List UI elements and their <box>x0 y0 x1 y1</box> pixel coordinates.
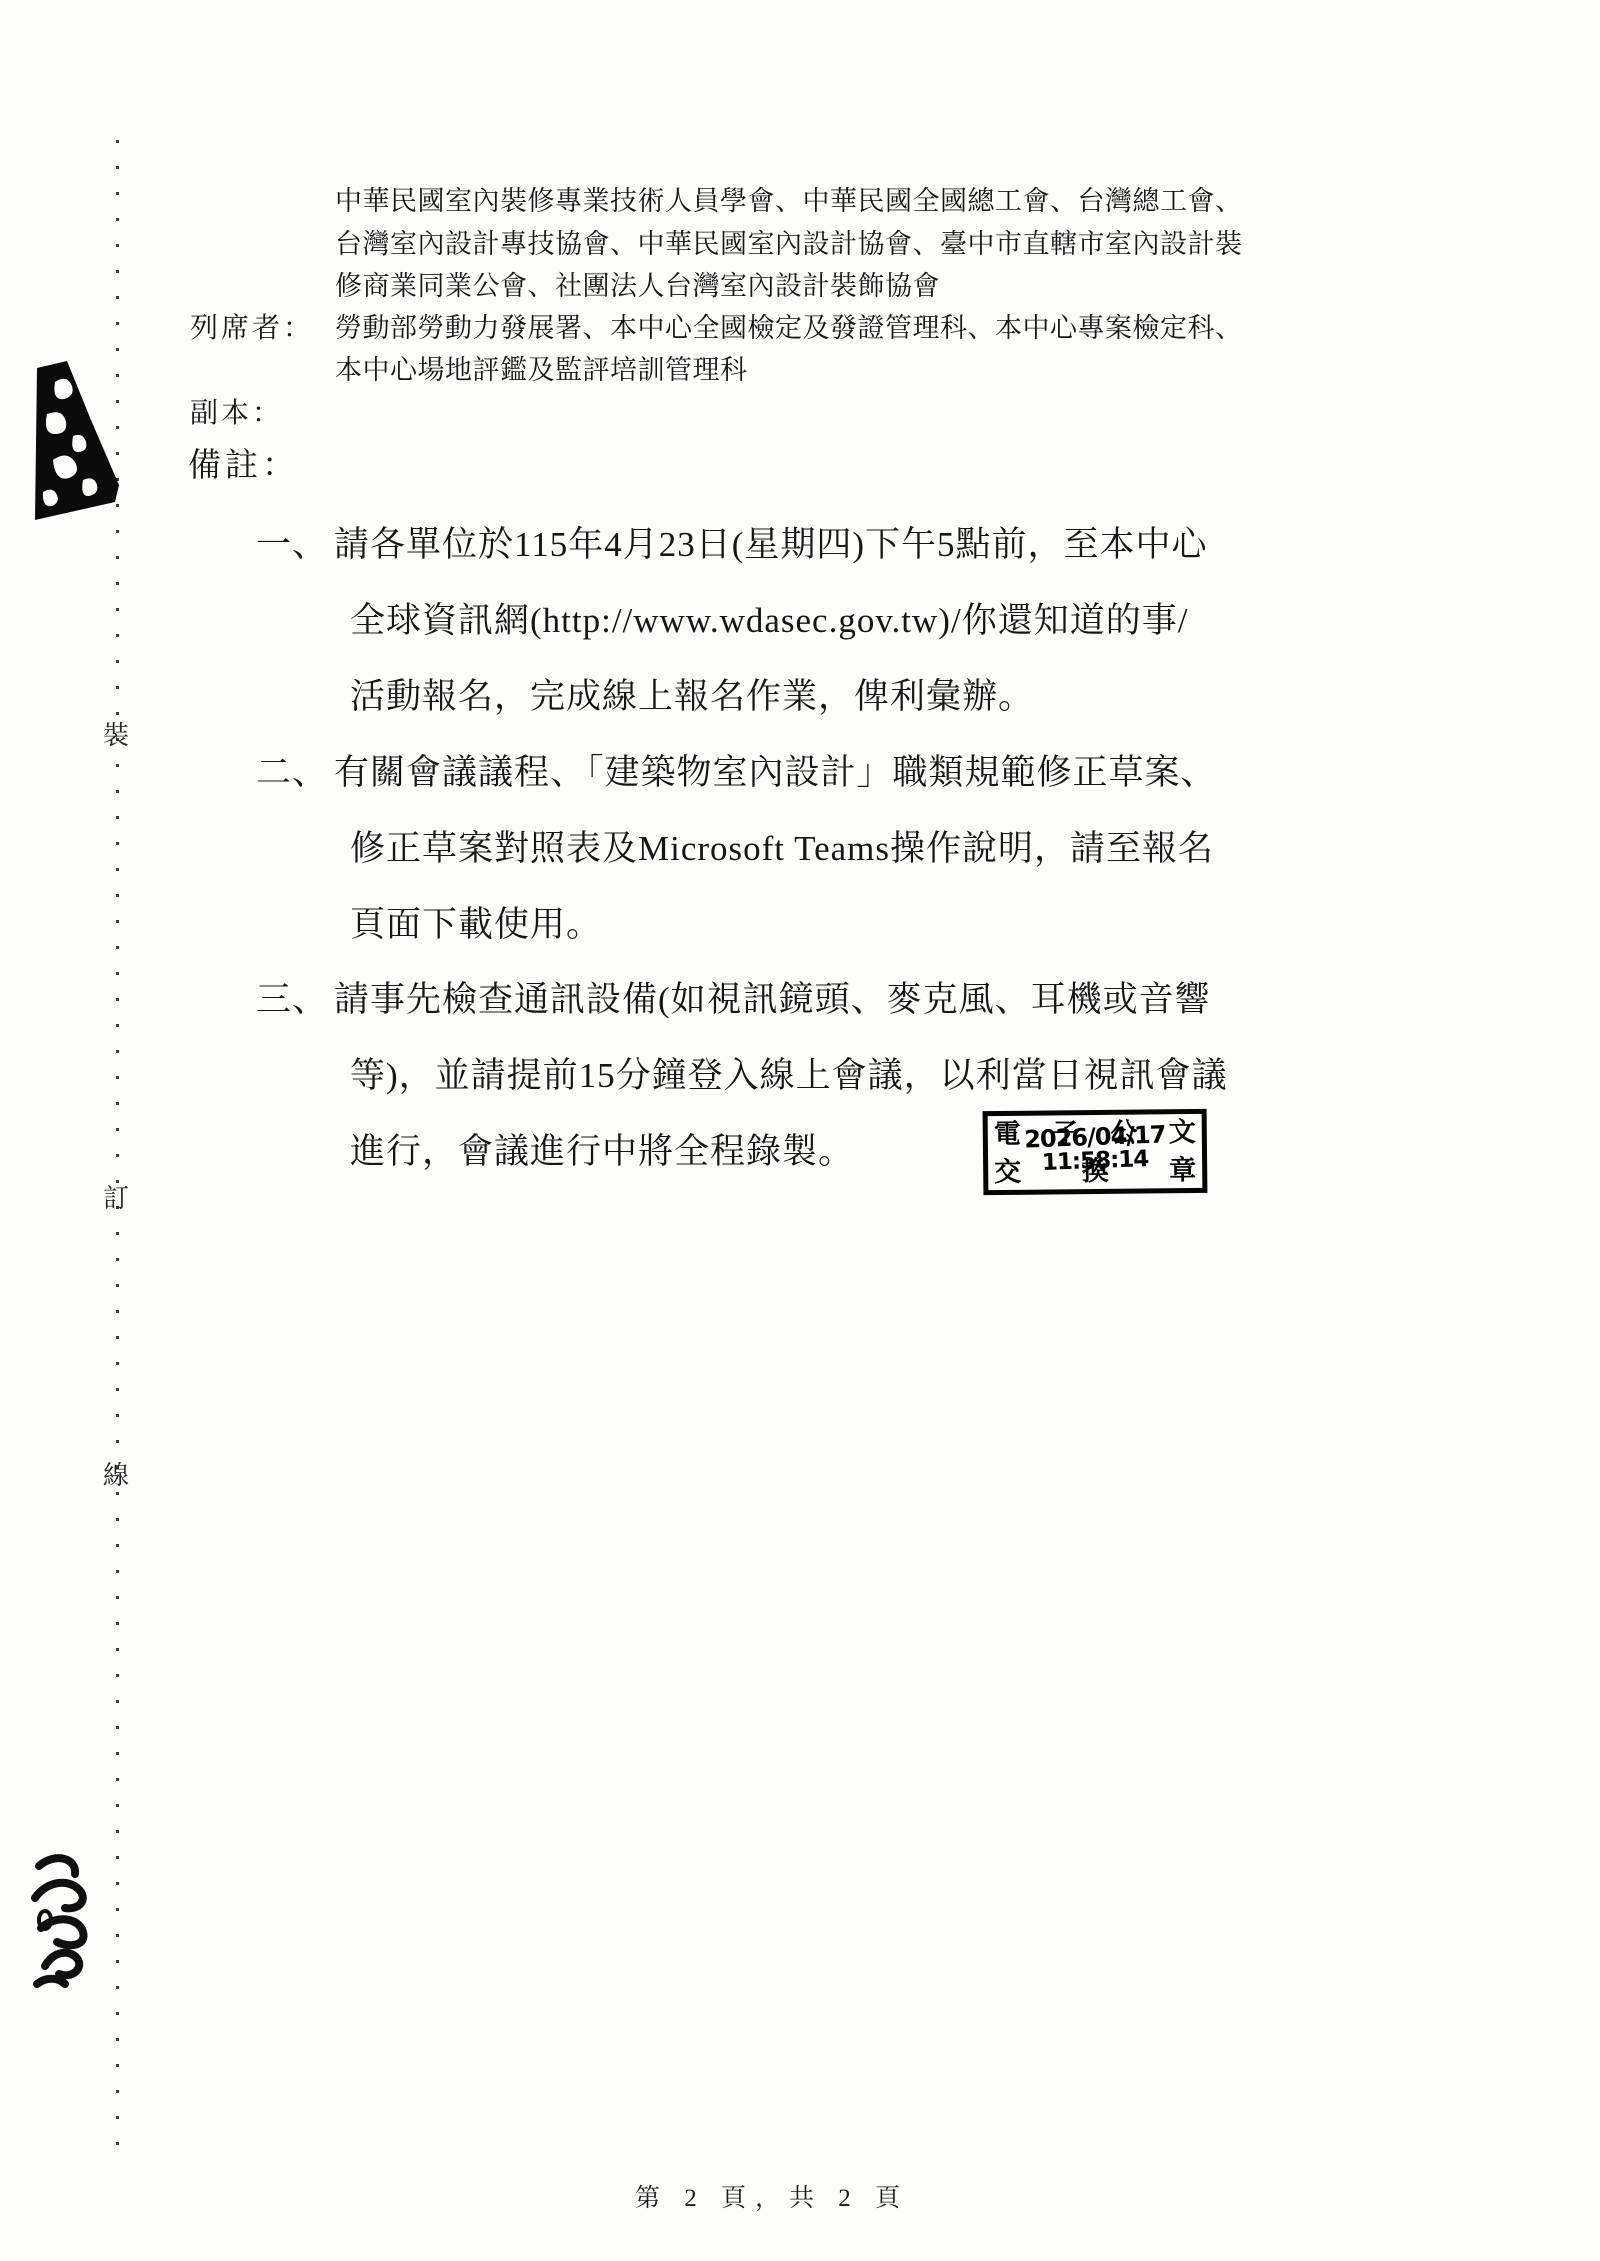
page-number-footer: 第 2 頁，共 2 頁 <box>0 2178 1572 2214</box>
edoc-exchange-stamp: 電子公文 交換章 2026/04/17 11:58:14 <box>983 1109 1208 1195</box>
attendees-line: 本中心場地評鑑及監評培訓管理科 <box>335 357 748 384</box>
note-item-2-line-3: 頁面下載使用。 <box>350 907 602 942</box>
note-item-3-line-3: 進行，會議進行中將全程錄製。 <box>350 1134 854 1169</box>
binding-char-zhuang: 裝 <box>103 715 129 752</box>
note-item-3-number: 三、 <box>256 980 328 1019</box>
ink-smudge-seal-icon <box>25 1850 103 1992</box>
partial-ink-seal-icon <box>25 352 130 527</box>
notes-label: 備註： <box>188 450 299 483</box>
binding-char-xian: 線 <box>103 1455 129 1492</box>
cc-orgs-line: 修商業同業公會、社團法人台灣室內設計裝飾協會 <box>335 273 940 300</box>
cc-orgs-line: 中華民國室內裝修專業技術人員學會、中華民國全國總工會、台灣總工會、 <box>335 188 1243 215</box>
note-item-2-text: 有關會議議程、「建築物室內設計」職類規範修正草案、 <box>334 753 1217 792</box>
note-item-2-line-1: 二、有關會議議程、「建築物室內設計」職類規範修正草案、 <box>256 755 1217 790</box>
note-item-1-text: 請各單位於115年4月23日(星期四)下午5點前，至本中心 <box>334 525 1208 564</box>
note-item-3-text: 請事先檢查通訊設備(如視訊鏡頭、麥克風、耳機或音響 <box>334 980 1211 1019</box>
document-page: 裝 訂 線 中華民國室內裝修專業技術人員學會、中華民國全國總工會、台灣總工會、 … <box>0 0 1600 2261</box>
note-item-2-number: 二、 <box>256 753 328 792</box>
attendees-line: 勞動部勞動力發展署、本中心全國檢定及發證管理科、本中心專案檢定科、 <box>335 315 1243 342</box>
copy-label: 副本： <box>190 400 283 428</box>
note-item-3-line-2: 等)，並請提前15分鐘登入線上會議，以利當日視訊會議 <box>350 1058 1228 1093</box>
cc-orgs-line: 台灣室內設計專技協會、中華民國室內設計協會、臺中市直轄市室內設計裝 <box>335 231 1243 258</box>
note-item-2-line-2: 修正草案對照表及Microsoft Teams操作說明，請至報名 <box>350 831 1214 866</box>
attendees-label: 列席者： <box>190 315 314 343</box>
note-item-1-line-1: 一、請各單位於115年4月23日(星期四)下午5點前，至本中心 <box>256 527 1208 562</box>
note-item-1-line-2: 全球資訊網(http://www.wdasec.gov.tw)/你還知道的事/ <box>350 603 1188 638</box>
note-item-1-number: 一、 <box>256 525 328 564</box>
note-item-3-line-1: 三、請事先檢查通訊設備(如視訊鏡頭、麥克風、耳機或音響 <box>256 982 1211 1017</box>
binding-char-ding: 訂 <box>103 1178 129 1215</box>
note-item-1-line-3: 活動報名，完成線上報名作業，俾利彙辦。 <box>350 679 1034 714</box>
